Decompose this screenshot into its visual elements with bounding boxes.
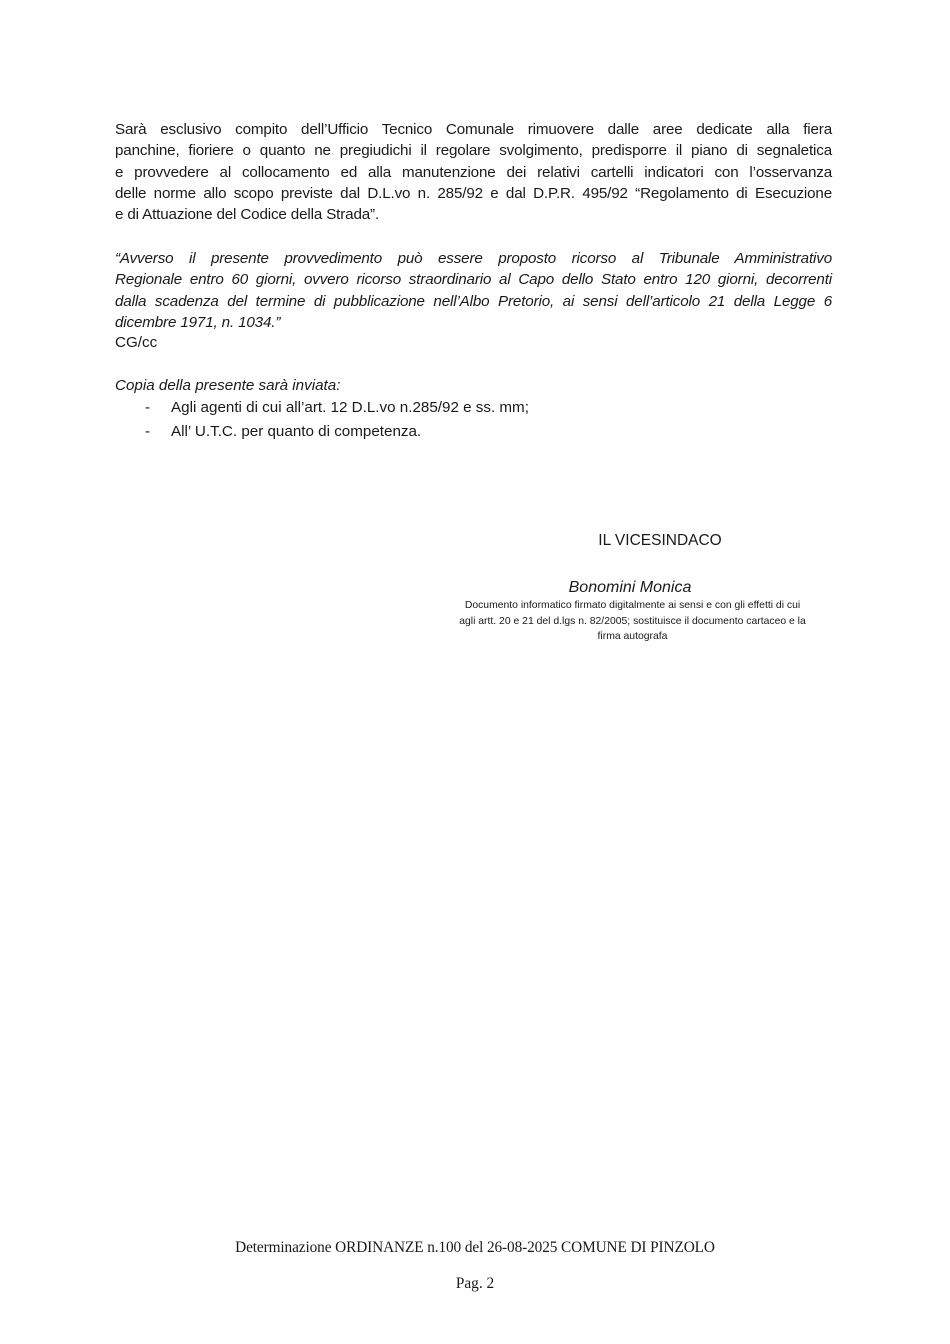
page-number: Pag. 2 xyxy=(0,1274,950,1294)
copy-distribution-heading: Copia della presente sarà inviata: xyxy=(115,375,340,396)
paragraph-line: delle norme allo scopo previste dal D.L.… xyxy=(115,183,832,204)
paragraph-line: dalla scadenza del termine di pubblicazi… xyxy=(115,291,832,312)
footer-document-reference: Determinazione ORDINANZE n.100 del 26-08… xyxy=(0,1238,950,1258)
paragraph-line: Sarà esclusivo compito dell’Ufficio Tecn… xyxy=(115,119,832,140)
signer-title-text: IL VICESINDACO xyxy=(598,532,721,549)
note-line: agli artt. 20 e 21 del d.lgs n. 82/2005;… xyxy=(430,614,835,630)
list-item: - All’ U.T.C. per quanto di competenza. xyxy=(115,420,529,444)
author-initials: CG/cc xyxy=(115,332,157,353)
note-line: Documento informatico firmato digitalmen… xyxy=(430,598,835,614)
note-line: firma autografa xyxy=(430,629,835,645)
paragraph-line: “Avverso il presente provvedimento può e… xyxy=(115,248,832,269)
paragraph-line: panchine, fioriere o quanto ne pregiudic… xyxy=(115,140,832,161)
signer-name: Bonomini Monica xyxy=(430,577,830,599)
dash-bullet-icon: - xyxy=(145,396,150,420)
paragraph-line: Regionale entro 60 giorni, ovvero ricors… xyxy=(115,269,832,290)
recipient-text: All’ U.T.C. per quanto di competenza. xyxy=(171,423,421,440)
recipient-text: Agli agenti di cui all’art. 12 D.L.vo n.… xyxy=(171,399,529,416)
paragraph-line: e di Attuazione del Codice della Strada”… xyxy=(115,204,832,225)
document-page: Sarà esclusivo compito dell’Ufficio Tecn… xyxy=(0,0,950,1344)
paragraph-line: e provvedere al collocamento ed alla man… xyxy=(115,162,832,183)
list-item: - Agli agenti di cui all’art. 12 D.L.vo … xyxy=(115,396,529,420)
signer-title: IL VICESINDACO xyxy=(430,530,830,551)
recipients-list: - Agli agenti di cui all’art. 12 D.L.vo … xyxy=(115,396,529,444)
technical-office-duties-paragraph: Sarà esclusivo compito dell’Ufficio Tecn… xyxy=(115,119,832,225)
paragraph-line: dicembre 1971, n. 1034.” xyxy=(115,312,832,333)
digital-signature-note: Documento informatico firmato digitalmen… xyxy=(430,598,835,645)
appeal-notice-paragraph: “Avverso il presente provvedimento può e… xyxy=(115,248,832,333)
dash-bullet-icon: - xyxy=(145,420,150,444)
